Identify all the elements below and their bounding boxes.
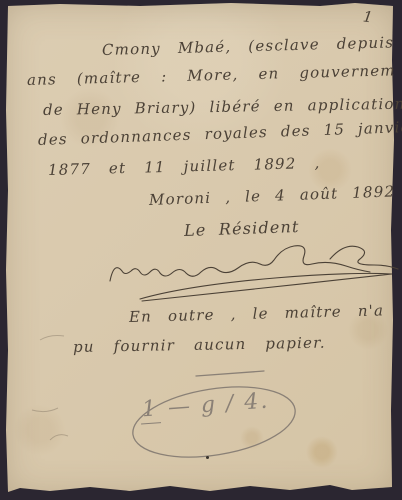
manuscript-signoff-title: Le Résident	[184, 217, 300, 240]
archival-number-digit: 1	[139, 396, 161, 424]
pencil-line	[196, 371, 264, 376]
ink-showthrough-marks	[20, 300, 140, 460]
signature-flourish	[100, 243, 400, 305]
scanned-document: 1 Cmony Mbaé, (esclave depuis 23 ans (ma…	[0, 0, 402, 500]
paper-speck	[206, 456, 209, 459]
